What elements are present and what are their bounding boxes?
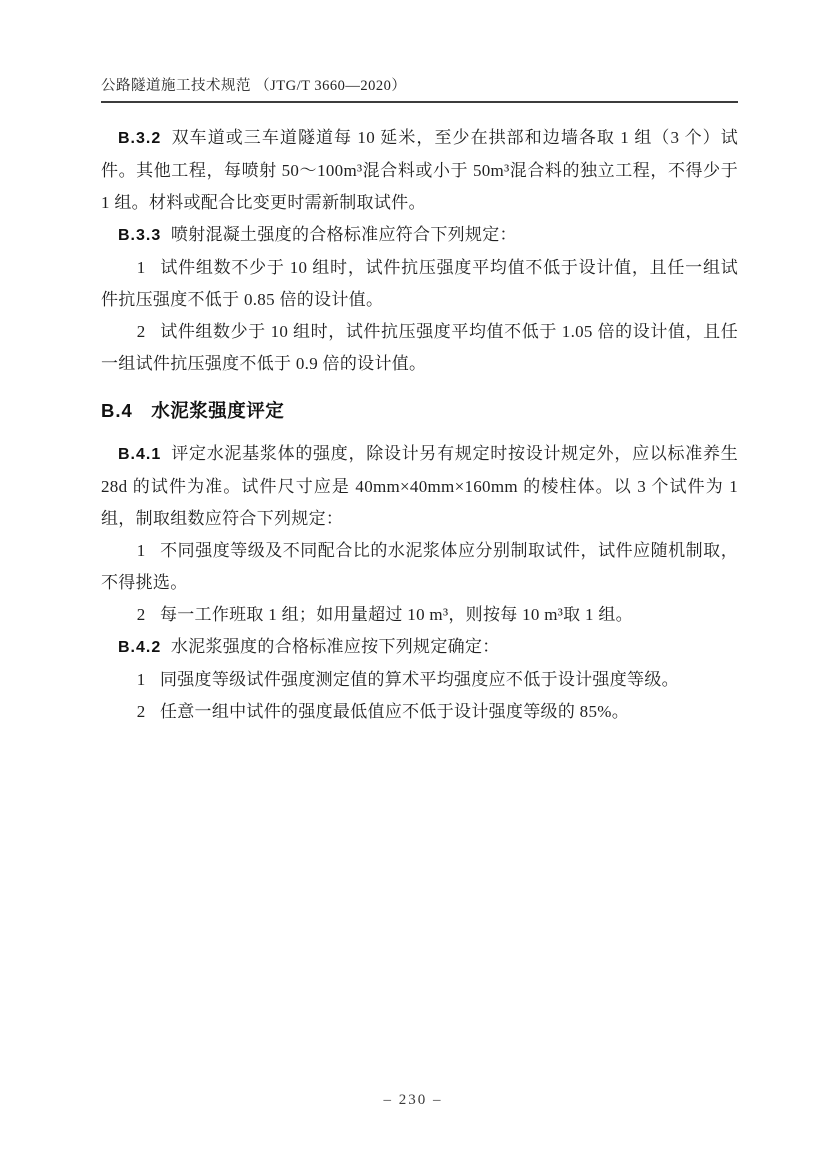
item-text: 不同强度等级及不同配合比的水泥浆体应分别制取试件，试件应随机制取，不得挑选。 (101, 541, 738, 592)
list-item: 1试件组数不少于 10 组时，试件抗压强度平均值不低于设计值，且任一组试件抗压强… (101, 252, 738, 316)
list-item: 1同强度等级试件强度测定值的算术平均强度应不低于设计强度等级。 (101, 664, 738, 696)
page-footer: – 230 – (0, 1092, 826, 1109)
running-header: 公路隧道施工技术规范 （JTG/T 3660—2020） (101, 76, 738, 96)
clause-b41: B.4.1评定水泥基浆体的强度，除设计另有规定时按设计规定外，应以标准养生 28… (101, 438, 738, 535)
item-number: 2 (137, 702, 146, 721)
page-number: – 230 – (384, 1092, 443, 1108)
body-text: B.3.2双车道或三车道隧道每 10 延米，至少在拱部和边墙各取 1 组（3 个… (101, 122, 738, 728)
clause-b41-number: B.4.1 (118, 446, 161, 463)
clause-b42: B.4.2水泥浆强度的合格标准应按下列规定确定： (101, 631, 738, 664)
item-text: 试件组数少于 10 组时，试件抗压强度平均值不低于 1.05 倍的设计值，且任一… (101, 322, 738, 373)
item-text: 试件组数不少于 10 组时，试件抗压强度平均值不低于设计值，且任一组试件抗压强度… (101, 258, 738, 309)
clause-b42-number: B.4.2 (118, 639, 161, 656)
document-title: 公路隧道施工技术规范 （JTG/T 3660—2020） (101, 78, 406, 94)
clause-b42-text: 水泥浆强度的合格标准应按下列规定确定： (171, 637, 500, 656)
clause-b32-number: B.3.2 (118, 130, 161, 147)
section-heading-b4: B.4水泥浆强度评定 (101, 397, 738, 425)
item-number: 2 (137, 322, 146, 341)
header-rule (101, 101, 738, 103)
document-page: 公路隧道施工技术规范 （JTG/T 3660—2020） B.3.2双车道或三车… (0, 0, 826, 1169)
item-number: 2 (137, 605, 146, 624)
clause-b33: B.3.3喷射混凝土强度的合格标准应符合下列规定： (101, 219, 738, 252)
list-item: 2试件组数少于 10 组时，试件抗压强度平均值不低于 1.05 倍的设计值，且任… (101, 316, 738, 380)
item-text: 每一工作班取 1 组；如用量超过 10 m³，则按每 10 m³取 1 组。 (160, 605, 633, 624)
clause-b33-number: B.3.3 (118, 227, 161, 244)
list-item: 1不同强度等级及不同配合比的水泥浆体应分别制取试件，试件应随机制取，不得挑选。 (101, 535, 738, 599)
item-text: 任意一组中试件的强度最低值应不低于设计强度等级的 85%。 (160, 702, 629, 721)
page-content: 公路隧道施工技术规范 （JTG/T 3660—2020） B.3.2双车道或三车… (101, 76, 738, 728)
item-text: 同强度等级试件强度测定值的算术平均强度应不低于设计强度等级。 (160, 670, 679, 689)
clause-b32-text: 双车道或三车道隧道每 10 延米，至少在拱部和边墙各取 1 组（3 个）试件。其… (101, 128, 738, 212)
item-number: 1 (137, 258, 146, 277)
section-b4-number: B.4 (101, 400, 133, 421)
list-item: 2每一工作班取 1 组；如用量超过 10 m³，则按每 10 m³取 1 组。 (101, 599, 738, 631)
clause-b41-text: 评定水泥基浆体的强度，除设计另有规定时按设计规定外，应以标准养生 28d 的试件… (101, 444, 738, 528)
clause-b32: B.3.2双车道或三车道隧道每 10 延米，至少在拱部和边墙各取 1 组（3 个… (101, 122, 738, 219)
clause-b33-text: 喷射混凝土强度的合格标准应符合下列规定： (171, 225, 517, 244)
section-b4-title: 水泥浆强度评定 (151, 400, 284, 421)
item-number: 1 (137, 670, 146, 689)
item-number: 1 (137, 541, 146, 560)
list-item: 2任意一组中试件的强度最低值应不低于设计强度等级的 85%。 (101, 696, 738, 728)
